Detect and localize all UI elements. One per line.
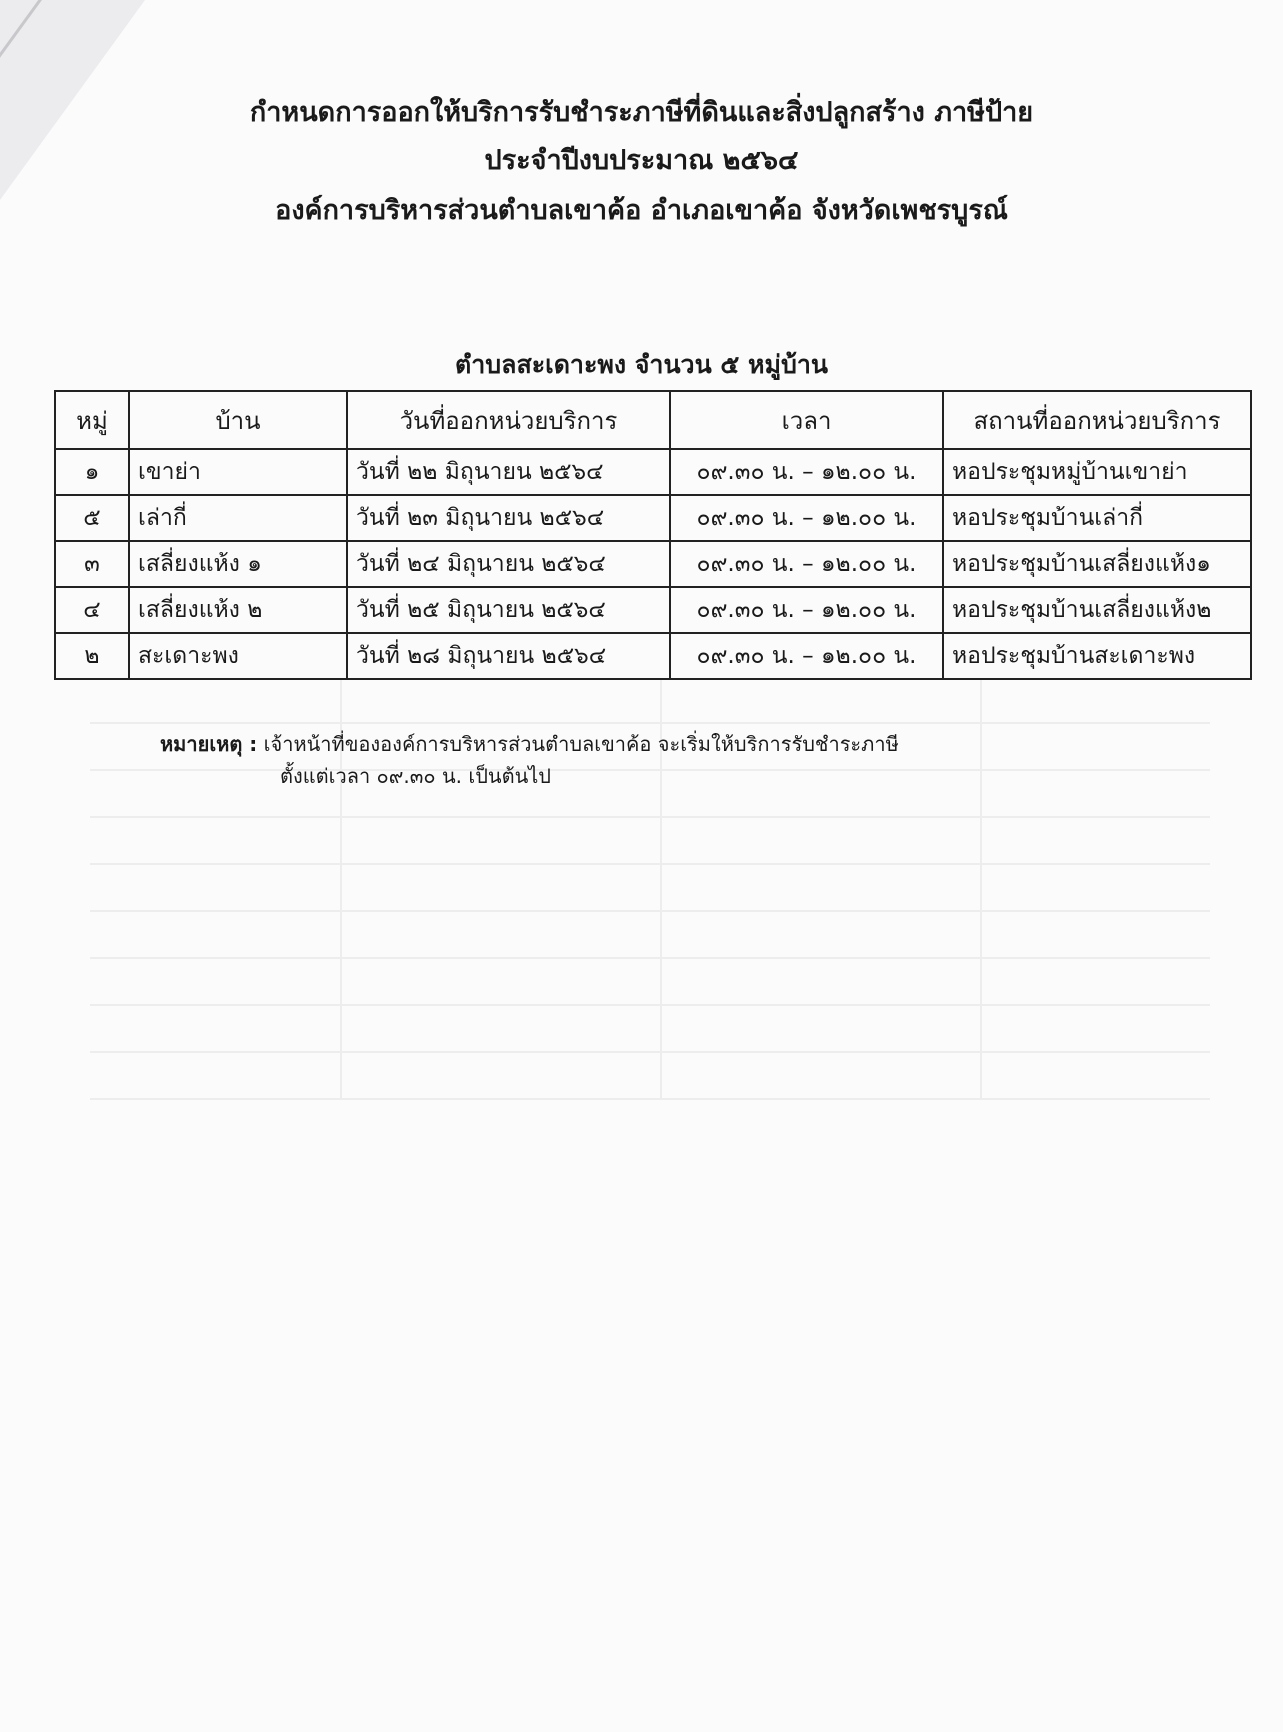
cell-date: วันที่ ๒๕ มิถุนายน ๒๕๖๔ <box>347 587 670 633</box>
cell-village: เสลี่ยงแห้ง ๑ <box>129 541 347 587</box>
schedule-table: หมู่ บ้าน วันที่ออกหน่วยบริการ เวลา สถาน… <box>54 390 1252 680</box>
cell-village: สะเดาะพง <box>129 633 347 679</box>
header-village: บ้าน <box>129 391 347 449</box>
header-moo: หมู่ <box>55 391 129 449</box>
cell-village: เขาย่า <box>129 449 347 495</box>
cell-location: หอประชุมบ้านเล่ากี่ <box>943 495 1251 541</box>
header-location: สถานที่ออกหน่วยบริการ <box>943 391 1251 449</box>
remark-line-1: เจ้าหน้าที่ขององค์การบริหารส่วนตำบลเขาค้… <box>264 732 899 756</box>
cell-location: หอประชุมหมู่บ้านเขาย่า <box>943 449 1251 495</box>
cell-time: ๐๙.๓๐ น. – ๑๒.๐๐ น. <box>670 633 943 679</box>
remark-block: หมายเหตุ : เจ้าหน้าที่ขององค์การบริหารส่… <box>160 728 899 792</box>
cell-location: หอประชุมบ้านเสลี่ยงแห้ง๒ <box>943 587 1251 633</box>
table-header-row: หมู่ บ้าน วันที่ออกหน่วยบริการ เวลา สถาน… <box>55 391 1251 449</box>
cell-moo: ๑ <box>55 449 129 495</box>
cell-time: ๐๙.๓๐ น. – ๑๒.๐๐ น. <box>670 495 943 541</box>
table-row: ๕ เล่ากี่ วันที่ ๒๓ มิถุนายน ๒๕๖๔ ๐๙.๓๐ … <box>55 495 1251 541</box>
cell-time: ๐๙.๓๐ น. – ๑๒.๐๐ น. <box>670 449 943 495</box>
table-row: ๓ เสลี่ยงแห้ง ๑ วันที่ ๒๔ มิถุนายน ๒๕๖๔ … <box>55 541 1251 587</box>
cell-moo: ๒ <box>55 633 129 679</box>
cell-moo: ๕ <box>55 495 129 541</box>
cell-date: วันที่ ๒๓ มิถุนายน ๒๕๖๔ <box>347 495 670 541</box>
cell-moo: ๓ <box>55 541 129 587</box>
header-time: เวลา <box>670 391 943 449</box>
cell-time: ๐๙.๓๐ น. – ๑๒.๐๐ น. <box>670 587 943 633</box>
remark-line-2: ตั้งแต่เวลา ๐๙.๓๐ น. เป็นต้นไป <box>160 760 899 792</box>
cell-date: วันที่ ๒๔ มิถุนายน ๒๕๖๔ <box>347 541 670 587</box>
table-subtitle: ตำบลสะเดาะพง จำนวน ๕ หมู่บ้าน <box>0 345 1283 385</box>
document-title-line-2: ประจำปีงบประมาณ ๒๕๖๔ <box>0 143 1283 179</box>
cell-time: ๐๙.๓๐ น. – ๑๒.๐๐ น. <box>670 541 943 587</box>
cell-date: วันที่ ๒๘ มิถุนายน ๒๕๖๔ <box>347 633 670 679</box>
cell-date: วันที่ ๒๒ มิถุนายน ๒๕๖๔ <box>347 449 670 495</box>
cell-location: หอประชุมบ้านสะเดาะพง <box>943 633 1251 679</box>
header-date: วันที่ออกหน่วยบริการ <box>347 391 670 449</box>
cell-village: เสลี่ยงแห้ง ๒ <box>129 587 347 633</box>
table-row: ๒ สะเดาะพง วันที่ ๒๘ มิถุนายน ๒๕๖๔ ๐๙.๓๐… <box>55 633 1251 679</box>
table-row: ๑ เขาย่า วันที่ ๒๒ มิถุนายน ๒๕๖๔ ๐๙.๓๐ น… <box>55 449 1251 495</box>
remark-label: หมายเหตุ : <box>160 732 257 756</box>
cell-village: เล่ากี่ <box>129 495 347 541</box>
cell-moo: ๔ <box>55 587 129 633</box>
document-title-line-3: องค์การบริหารส่วนตำบลเขาค้อ อำเภอเขาค้อ … <box>0 193 1283 229</box>
table-row: ๔ เสลี่ยงแห้ง ๒ วันที่ ๒๕ มิถุนายน ๒๕๖๔ … <box>55 587 1251 633</box>
cell-location: หอประชุมบ้านเสลี่ยงแห้ง๑ <box>943 541 1251 587</box>
document-title-line-1: กำหนดการออกให้บริการรับชำระภาษีที่ดินและ… <box>0 95 1283 131</box>
